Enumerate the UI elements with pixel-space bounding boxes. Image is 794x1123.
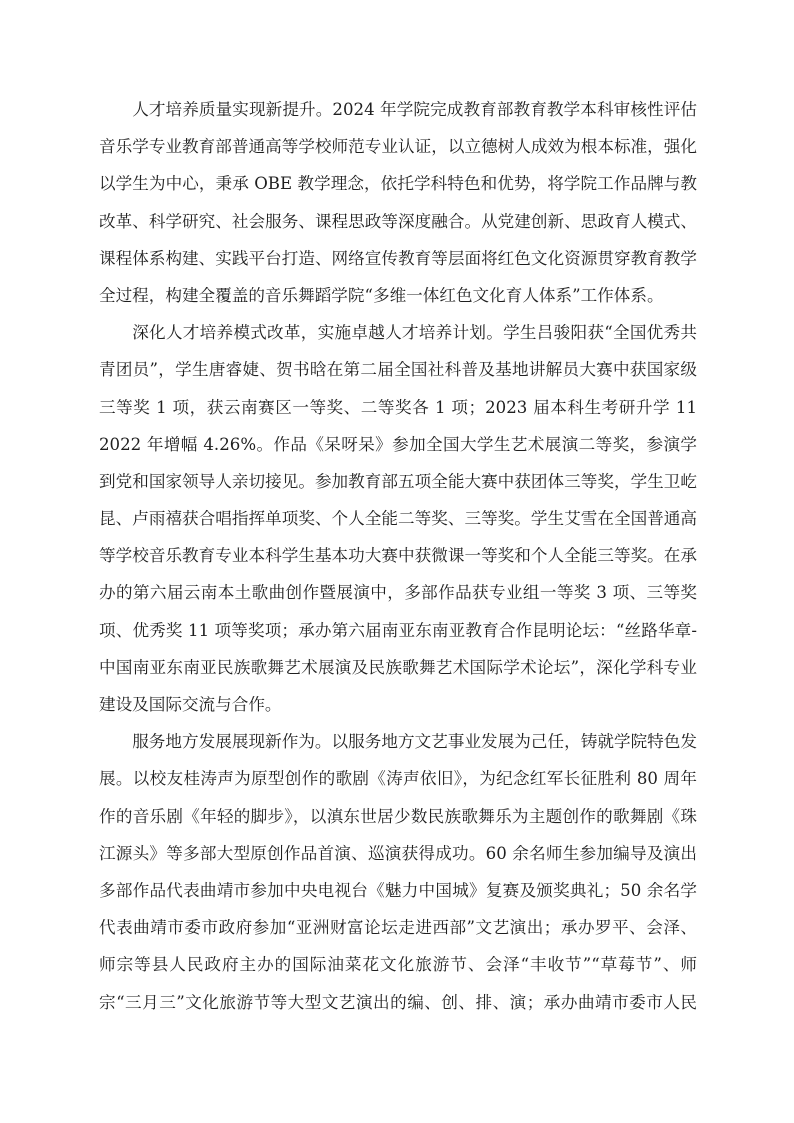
text-line: 课程体系构建、实践平台打造、网络宣传教育等层面将红色文化资源贯穿教育教学	[99, 240, 697, 277]
text-line: 人才培养质量实现新提升。2024 年学院完成教育部教育教学本科审核性评估和	[99, 91, 697, 128]
text-line: 建设及国际交流与合作。	[99, 686, 697, 723]
text-line: 师宗等县人民政府主办的国际油菜花文化旅游节、会泽“丰收节”“草莓节”、师	[99, 946, 697, 983]
text-line: 宗“三月三”文化旅游节等大型文艺演出的编、创、排、演；承办曲靖市委市人民	[99, 984, 697, 1021]
paragraph: 深化人才培养模式改革，实施卓越人才培养计划。学生吕骏阳获“全国优秀共青团员”，学…	[99, 314, 697, 723]
text-line: 昆、卢雨禧获合唱指挥单项奖、个人全能二等奖、三等奖。学生艾雪在全国普通高	[99, 500, 697, 537]
text-line: 到党和国家领导人亲切接见。参加教育部五项全能大赛中获团体三等奖，学生卫屹	[99, 463, 697, 500]
text-line: 2022 年增幅 4.26%。作品《呆呀呆》参加全国大学生艺术展演二等奖，参演学…	[99, 426, 697, 463]
text-line: 全过程，构建全覆盖的音乐舞蹈学院“多维一体红色文化育人体系”工作体系。	[99, 277, 697, 314]
page-background: 人才培养质量实现新提升。2024 年学院完成教育部教育教学本科审核性评估和音乐学…	[0, 0, 794, 1123]
text-line: 深化人才培养模式改革，实施卓越人才培养计划。学生吕骏阳获“全国优秀共	[99, 314, 697, 351]
text-line: 江源头》等多部大型原创作品首演、巡演获得成功。60 余名师生参加编导及演出的	[99, 835, 697, 872]
paragraph: 人才培养质量实现新提升。2024 年学院完成教育部教育教学本科审核性评估和音乐学…	[99, 91, 697, 314]
text-line: 以学生为中心，秉承 OBE 教学理念，依托学科特色和优势，将学院工作品牌与教学	[99, 165, 697, 202]
paragraph: 服务地方发展展现新作为。以服务地方文艺事业发展为己任，铸就学院特色发展。以校友桂…	[99, 723, 697, 1021]
text-line: 展。以校友桂涛声为原型创作的歌剧《涛声依旧》，为纪念红军长征胜利 80 周年创	[99, 760, 697, 797]
text-line: 作的音乐剧《年轻的脚步》，以滇东世居少数民族歌舞乐为主题创作的歌舞剧《珠	[99, 798, 697, 835]
text-line: 音乐学专业教育部普通高等学校师范专业认证，以立德树人成效为根本标准，强化	[99, 128, 697, 165]
text-line: 青团员”，学生唐睿婕、贺书晗在第二届全国社科普及基地讲解员大赛中获国家级	[99, 351, 697, 388]
text-line: 项、优秀奖 11 项等奖项；承办第六届南亚东南亚教育合作昆明论坛：“丝路华章-	[99, 612, 697, 649]
text-line: 改革、科学研究、社会服务、课程思政等深度融合。从党建创新、思政育人模式、	[99, 203, 697, 240]
document-page: { "page": { "background_color": "#ffffff…	[0, 0, 794, 1123]
text-line: 服务地方发展展现新作为。以服务地方文艺事业发展为己任，铸就学院特色发	[99, 723, 697, 760]
text-line: 办的第六届云南本土歌曲创作暨展演中，多部作品获专业组一等奖 3 项、三等奖 3	[99, 574, 697, 611]
document-body: 人才培养质量实现新提升。2024 年学院完成教育部教育教学本科审核性评估和音乐学…	[99, 91, 697, 1021]
text-line: 中国南亚东南亚民族歌舞艺术展演及民族歌舞艺术国际学术论坛”，深化学科专业	[99, 649, 697, 686]
text-line: 多部作品代表曲靖市参加中央电视台《魅力中国城》复赛及颁奖典礼；50 余名学生	[99, 872, 697, 909]
text-line: 三等奖 1 项，获云南赛区一等奖、二等奖各 1 项；2023 届本科生考研升学 …	[99, 389, 697, 426]
text-line: 代表曲靖市委市政府参加“亚洲财富论坛走进西部”文艺演出；承办罗平、会泽、	[99, 909, 697, 946]
text-line: 等学校音乐教育专业本科学生基本功大赛中获微课一等奖和个人全能三等奖。在承	[99, 537, 697, 574]
